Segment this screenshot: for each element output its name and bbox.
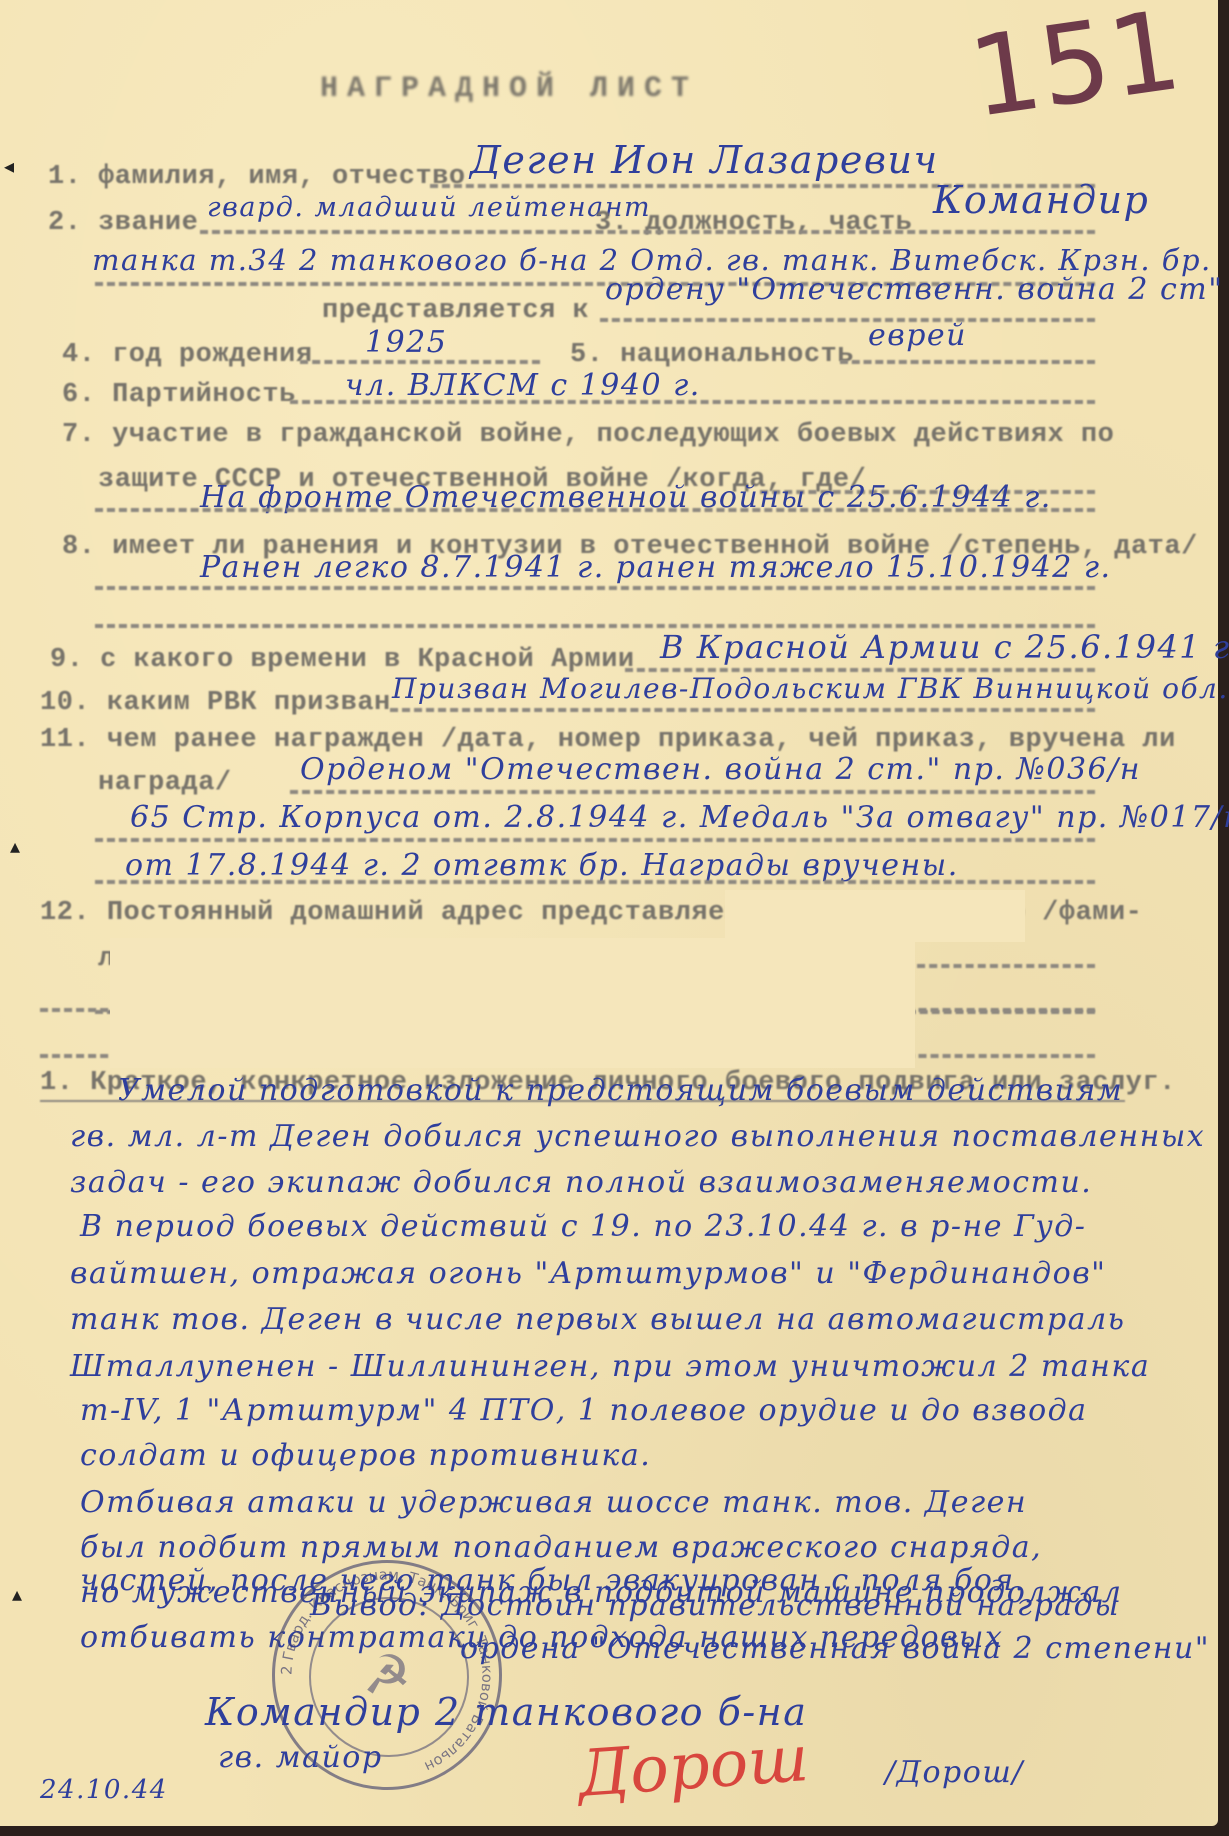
field-6-label: 6. Партийность: [62, 380, 296, 410]
document-title: НАГРАДНОЙ ЛИСТ: [320, 72, 698, 106]
field-line: [95, 838, 1095, 842]
award-sheet-page: 151 ◂ ▴ ▴ НАГРАДНОЙ ЛИСТ 1. фамилия, имя…: [0, 0, 1218, 1826]
archive-number: 151: [962, 0, 1188, 142]
narrative-line: задач - его экипаж добился полной взаимо…: [70, 1165, 1092, 1200]
field-11-value-line: Орденом "Отечествен. война 2 ст." пр. №0…: [300, 752, 1141, 787]
field-line: [840, 360, 1095, 364]
field-11-value-line: от 17.8.1944 г. 2 отгвтк бр. Награды вру…: [125, 848, 959, 883]
narrative-line: был подбит прямым попаданием вражеского …: [80, 1530, 1042, 1565]
field-4-value: 1925: [365, 325, 447, 360]
narrative-line: Отбивая атаки и удерживая шоссе танк. то…: [80, 1485, 1027, 1520]
narrative-line: вайтшен, отражая огонь "Артштурмов" и "Ф…: [70, 1256, 1107, 1291]
field-8-value: Ранен легко 8.7.1941 г. ранен тяжело 15.…: [200, 550, 1112, 585]
nominated-for-value: ордену "Отечественн. война 2 ст": [605, 272, 1224, 307]
nominated-for-label: представляется к: [322, 296, 589, 326]
field-line: [95, 586, 1095, 590]
field-line: [390, 708, 1095, 712]
signer-name: /Дорош/: [885, 1755, 1024, 1790]
field-10-value: Призван Могилев-Подольским ГВК Винницкой…: [392, 672, 1229, 705]
field-9-label: 9. с какого времени в Красной Армии: [50, 645, 635, 675]
field-5-label: 5. национальность: [570, 340, 854, 370]
field-1-value: Деген Ион Лазаревич: [470, 138, 939, 182]
binding-hole: ▴: [10, 840, 24, 854]
field-2-label: 2. звание: [48, 208, 198, 238]
redacted-address: [725, 890, 1025, 942]
binding-hole: ▴: [12, 1588, 26, 1602]
signer-rank: гв. майор: [218, 1740, 383, 1775]
field-line: [600, 318, 1095, 322]
field-line: [200, 230, 1095, 234]
field-11-label-cont: награда/: [98, 768, 232, 798]
field-11-label: 11. чем ранее награжден /дата, номер при…: [40, 725, 1176, 755]
narrative-line: т-IV, 1 "Артштурм" 4 ПТО, 1 полевое оруд…: [80, 1393, 1088, 1428]
field-2-value: гвард. младший лейтенант: [207, 192, 651, 223]
conclusion-line: ордена "Отечественная война 2 степени": [460, 1631, 1210, 1666]
signature: Дорош: [576, 1722, 811, 1812]
field-5-value: еврей: [868, 318, 967, 353]
field-line: [95, 880, 1095, 884]
document-date: 24.10.44: [40, 1775, 168, 1805]
narrative-line: Умелой подготовкой к предстоящим боевым …: [118, 1073, 1123, 1108]
conclusion-line: Вывод: Достоин правительственной награды: [310, 1588, 1120, 1623]
field-6-value: чл. ВЛКСМ с 1940 г.: [345, 368, 701, 403]
field-9-value: В Красной Армии с 25.6.1941 г.: [660, 628, 1229, 666]
narrative-line: В период боевых действий с 19. по 23.10.…: [80, 1209, 1086, 1244]
field-line: [300, 360, 540, 364]
redacted-address: [110, 938, 915, 1068]
narrative-line: гв. мл. л-т Деген добился успешного выпо…: [70, 1119, 1205, 1154]
field-4-label: 4. год рождения: [62, 340, 313, 370]
narrative-line: Шталлупенен - Шиллининген, при этом унич…: [70, 1349, 1150, 1384]
binding-hole: ◂: [4, 160, 18, 174]
field-line: [95, 508, 1095, 512]
field-line: [290, 790, 1095, 794]
field-10-label: 10. каким РВК призван: [40, 688, 391, 718]
field-1-label: 1. фамилия, имя, отчество: [48, 162, 466, 192]
narrative-line: солдат и офицеров противника.: [80, 1438, 651, 1473]
field-3-value: Командир: [933, 178, 1149, 222]
field-11-value-line: 65 Стр. Корпуса от. 2.8.1944 г. Медаль "…: [130, 800, 1229, 835]
field-7-label: 7. участие в гражданской войне, последую…: [62, 420, 1114, 450]
narrative-line: танк тов. Деген в числе первых вышел на …: [70, 1302, 1126, 1337]
